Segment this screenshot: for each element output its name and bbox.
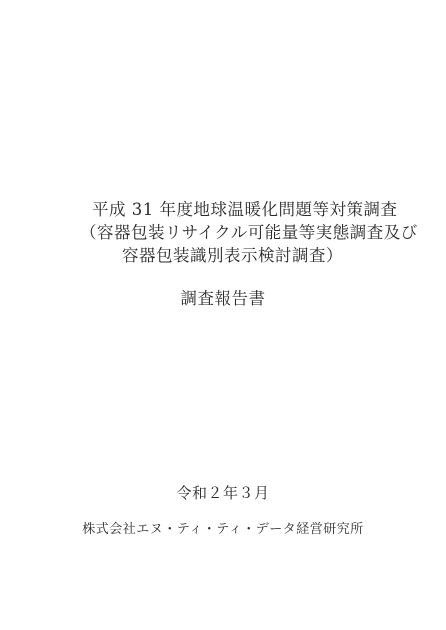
title-line-3: 容器包装識別表示検討調査）	[122, 246, 343, 266]
report-type: 調査報告書	[0, 289, 446, 309]
title-line-1: 平成 31 年度地球温暖化問題等対策調査	[92, 200, 398, 220]
publication-date: 令和２年３月	[0, 483, 446, 503]
title-line-2: （容器包装リサイクル可能量等実態調査及び	[80, 223, 418, 243]
organization-name: 株式会社エヌ・ティ・ティ・データ経営研究所	[0, 520, 446, 540]
